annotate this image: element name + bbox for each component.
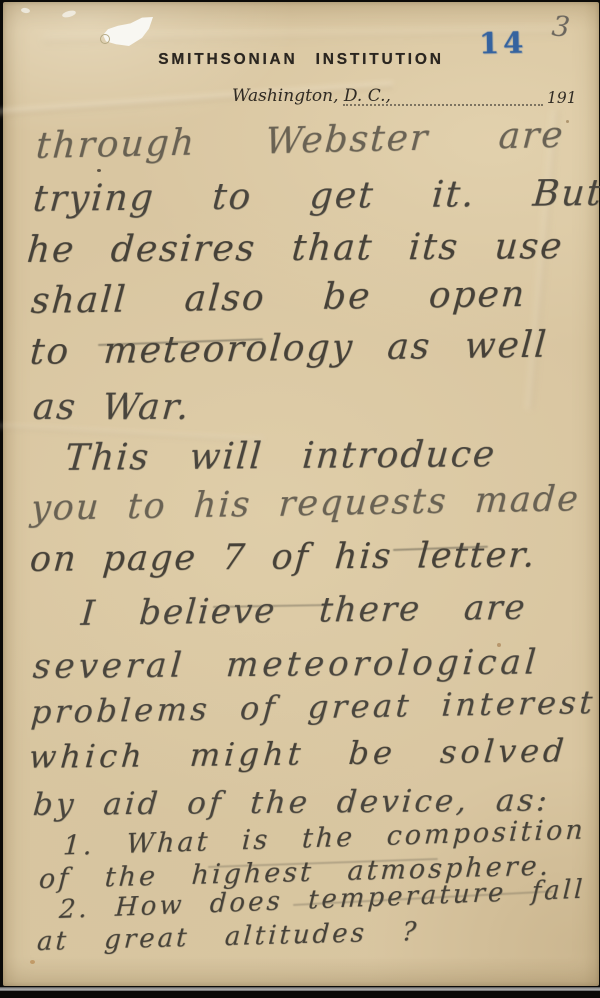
handwriting-line: This will introduce bbox=[63, 434, 497, 479]
paper-speck bbox=[566, 120, 569, 123]
scanner-edge-highlight bbox=[0, 987, 600, 991]
handwriting-line: problems of great interest bbox=[30, 684, 597, 731]
paper-sheet: SMITHSONIAN INSTITUTION Washington, D. C… bbox=[3, 2, 599, 986]
handwriting-line: which might be solved bbox=[28, 732, 569, 775]
paper-tear-hole bbox=[103, 17, 153, 46]
handwriting-line: shall also be open bbox=[29, 274, 527, 322]
dateline-dotted-rule bbox=[343, 89, 543, 106]
handwriting-line: as War. bbox=[31, 387, 192, 428]
pencil-page-number: 3 bbox=[550, 9, 571, 44]
handwriting-line: on page 7 of his letter. bbox=[28, 536, 538, 581]
paper-speck bbox=[30, 960, 35, 964]
handwriting-line: to meteorology as well bbox=[28, 325, 549, 374]
paper-speck bbox=[21, 7, 31, 13]
blue-page-number-stamp: 14 bbox=[479, 26, 528, 61]
paper-speck bbox=[61, 9, 76, 18]
handwriting-line: you to his requests made bbox=[30, 479, 582, 529]
handwriting-line: several meteorological bbox=[31, 644, 541, 688]
handwriting-line: I believe there are bbox=[80, 589, 528, 634]
handwriting-line: trying to get it. But bbox=[31, 173, 600, 220]
handwriting-line: through Webster are bbox=[35, 115, 566, 168]
letterhead-year-prefix: 191 bbox=[547, 89, 577, 107]
paper-tear-ring bbox=[100, 34, 110, 44]
handwriting-line: he desires that its use bbox=[25, 226, 565, 271]
paper-speck bbox=[97, 169, 101, 172]
